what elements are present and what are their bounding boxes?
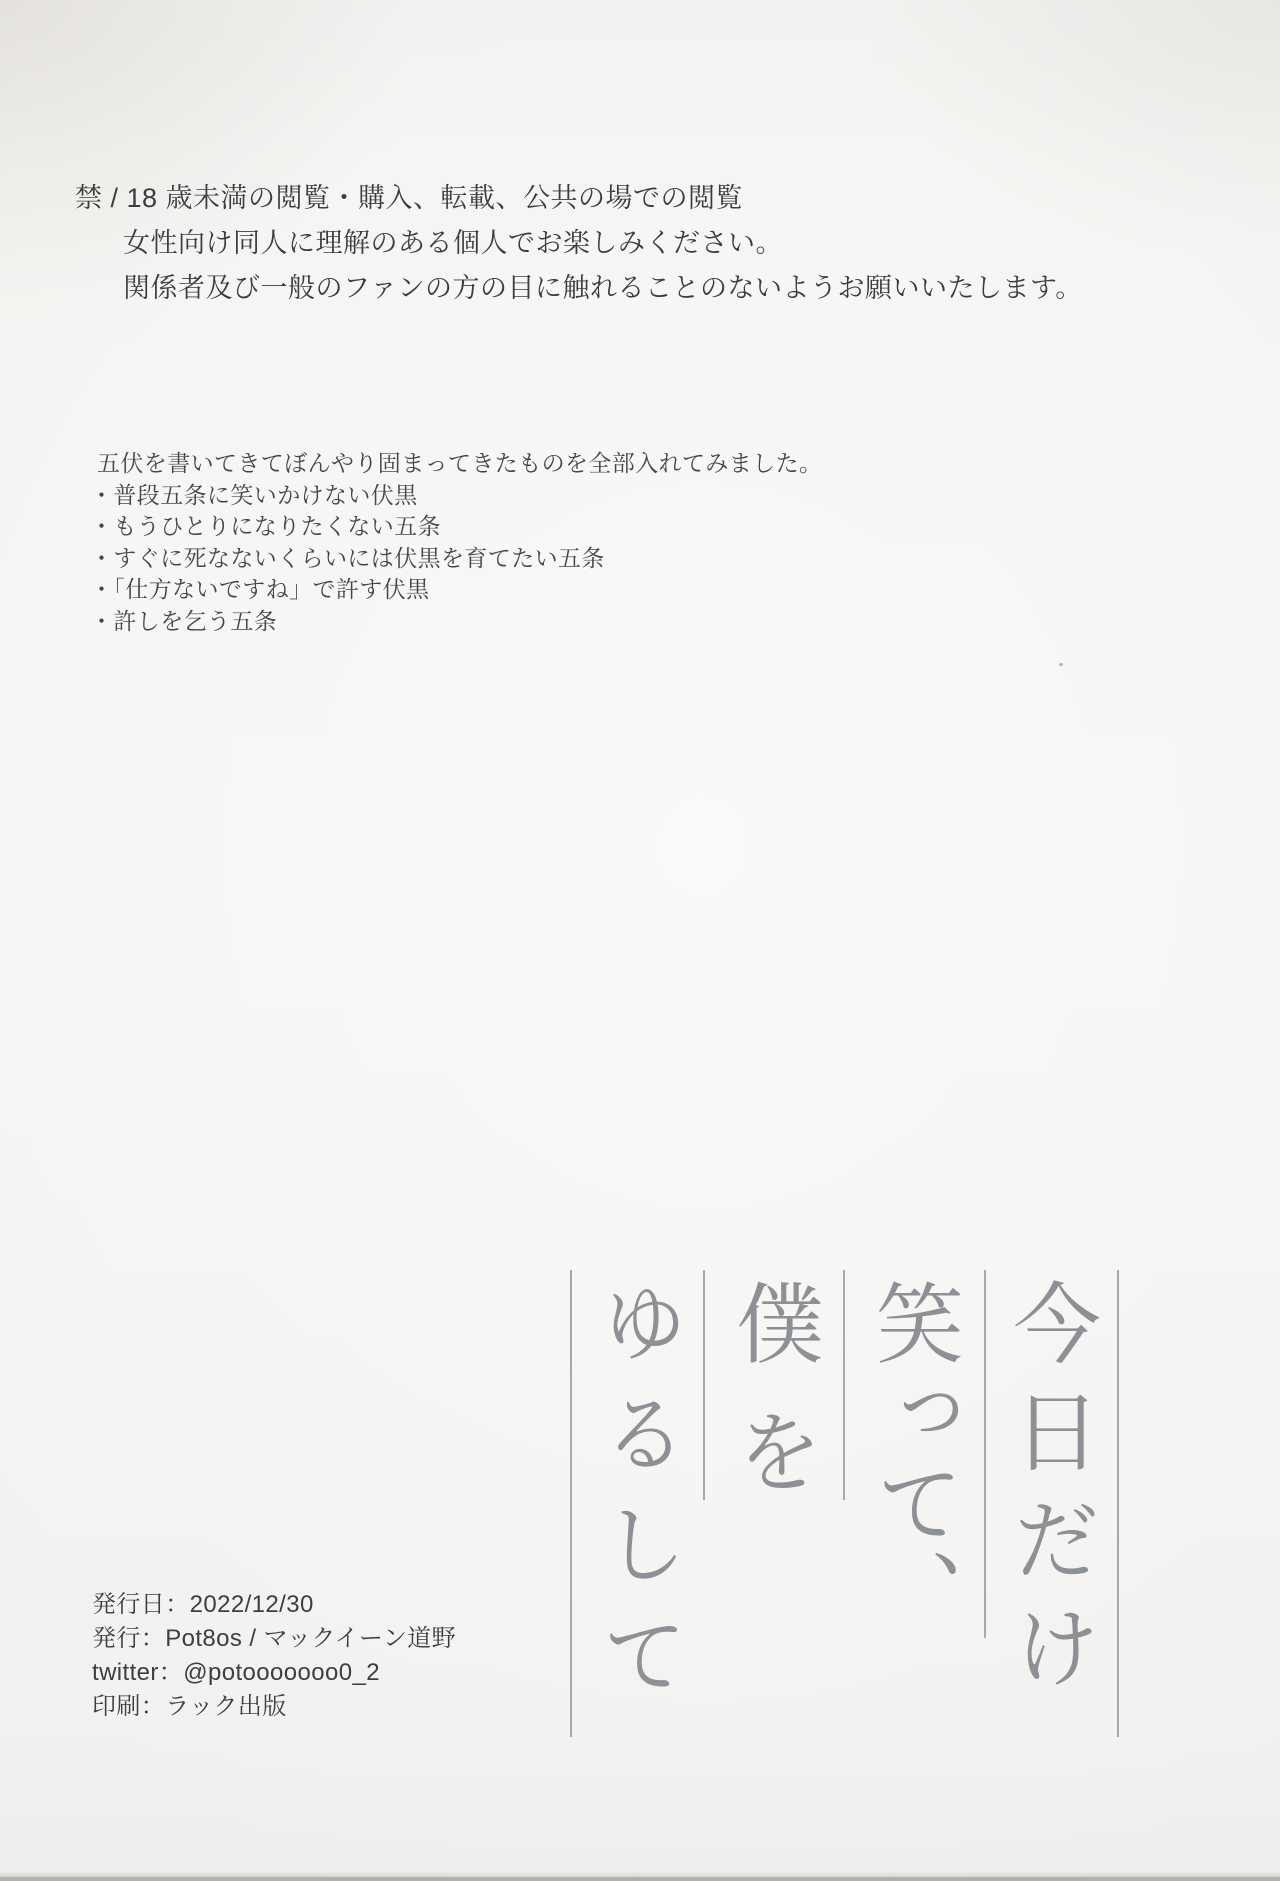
publisher-line: 発行：Pot8os / マックイーン道野 xyxy=(92,1622,456,1656)
publish-date-line: 発行日：2022/12/30 xyxy=(92,1588,456,1622)
notes-bullet-1: ・普段五条に笑いかけない伏黒 xyxy=(90,480,822,512)
twitter-handle-line: twitter：@potooooooo0_2 xyxy=(92,1656,456,1690)
title-rule-3 xyxy=(843,1270,845,1500)
paper-speck xyxy=(1059,663,1063,666)
title-column-1: 今日だけ xyxy=(995,1278,1105,1710)
notes-bullet-5: ・許しを乞う五条 xyxy=(90,606,822,638)
warning-line-3: 関係者及び一般のファンの方の目に触れることのないようお願いいたします。 xyxy=(75,266,1083,311)
title-column-4: ゆるして xyxy=(582,1278,692,1722)
warning-line-1: 禁 / 18 歳未満の閲覧・購入、転載、公共の場での閲覧 xyxy=(75,176,1083,221)
author-notes-block: 五伏を書いてきてぼんやり固まってきたものを全部入れてみました。 ・普段五条に笑い… xyxy=(90,448,822,637)
title-rule-far-left xyxy=(570,1270,572,1737)
warning-line-2: 女性向け同人に理解のある個人でお楽しみください。 xyxy=(75,221,1083,266)
title-rule-2 xyxy=(703,1270,705,1500)
title-column-2: 笑って、 xyxy=(858,1278,968,1638)
title-rule-4 xyxy=(984,1270,986,1638)
title-column-3: 僕を xyxy=(718,1278,828,1534)
title-rule-far-right xyxy=(1117,1270,1119,1737)
vertical-book-title: 今日だけ 笑って、 僕を ゆるして xyxy=(570,1270,1119,1740)
notes-bullet-4: ・「仕方ないですね」で許す伏黒 xyxy=(90,574,822,606)
scanned-doujinshi-colophon-page: 禁 / 18 歳未満の閲覧・購入、転載、公共の場での閲覧 女性向け同人に理解のあ… xyxy=(0,0,1280,1881)
content-warning-block: 禁 / 18 歳未満の閲覧・購入、転載、公共の場での閲覧 女性向け同人に理解のあ… xyxy=(75,176,1083,311)
printer-line: 印刷：ラック出版 xyxy=(92,1690,456,1724)
publication-info-block: 発行日：2022/12/30 発行：Pot8os / マックイーン道野 twit… xyxy=(92,1588,456,1724)
notes-intro: 五伏を書いてきてぼんやり固まってきたものを全部入れてみました。 xyxy=(90,448,822,480)
notes-bullet-3: ・すぐに死なないくらいには伏黒を育てたい五条 xyxy=(90,543,822,575)
scan-edge-bottom xyxy=(0,1877,1280,1881)
notes-bullet-2: ・もうひとりになりたくない五条 xyxy=(90,511,822,543)
